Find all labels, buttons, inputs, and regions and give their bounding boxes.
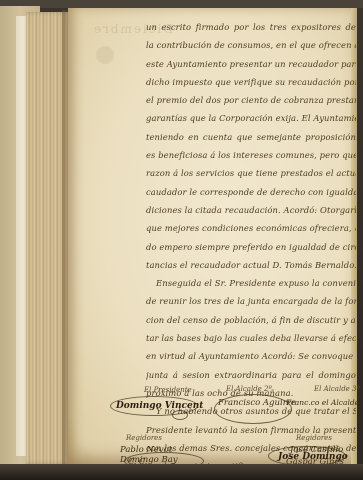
alcalde2-title: El Alcalde 2º [226, 385, 272, 393]
text-line: tar las bases bajo las cuales deba lleva… [146, 329, 356, 347]
text-line: tancias el recaudador actual D. Tomás Be… [146, 256, 356, 274]
manuscript-page: Diciembre un escrito firmado por los tre… [68, 8, 357, 464]
text-line: junta á sesion extraordinaria para el do… [146, 366, 356, 384]
text-line: diciones la citada recaudación. Acordó: … [146, 201, 356, 219]
text-line: de reunir los tres de la junta encargada… [146, 292, 356, 310]
bleed-through-seal [96, 46, 114, 64]
text-line: un escrito firmado por los tres exposito… [146, 18, 356, 36]
alcalde3-signature: Franc.co el Alcalde [286, 398, 359, 407]
background-bottom [0, 464, 363, 480]
text-line: Enseguida el Sr. Presidente expuso la co… [146, 274, 356, 292]
signature-flourish [268, 446, 346, 466]
background-top [0, 0, 363, 8]
text-line: dicho impuesto que verifique su recaudac… [146, 73, 356, 91]
regidores-right-title: Regidores [296, 434, 332, 442]
text-line: que mejores condiciones económicas ofrec… [146, 219, 356, 237]
alcalde3-title: El Alcalde 3º [314, 385, 360, 393]
text-line: garantías que la Corporación exija. El A… [146, 109, 356, 127]
document-photograph: Diciembre un escrito firmado por los tre… [0, 0, 363, 480]
text-line: en virtud al Ayuntamiento Acordó: Se con… [146, 347, 356, 365]
text-line: do empero siempre preferido en igualdad … [146, 238, 356, 256]
text-line: la contribución de consumos, en el que o… [146, 36, 356, 54]
text-line: este Ayuntamiento presentar un recaudado… [146, 55, 356, 73]
text-line: caudador le corresponde de derecho con i… [146, 183, 356, 201]
signature-flourish [172, 410, 188, 420]
text-line: el premio del dos por ciento de cobranza… [146, 91, 356, 109]
text-line: cion del censo de población, á fin de di… [146, 311, 356, 329]
regidores-left-title: Regidores [126, 434, 162, 442]
signature-flourish [214, 394, 292, 424]
text-line: teniendo en cuenta que semejante proposi… [146, 128, 356, 146]
presidente-title: El Presidente [144, 386, 192, 394]
text-line: razon á los servicios que tiene prestado… [146, 164, 356, 182]
text-line: es beneficiosa á los intereses comunes, … [146, 146, 356, 164]
